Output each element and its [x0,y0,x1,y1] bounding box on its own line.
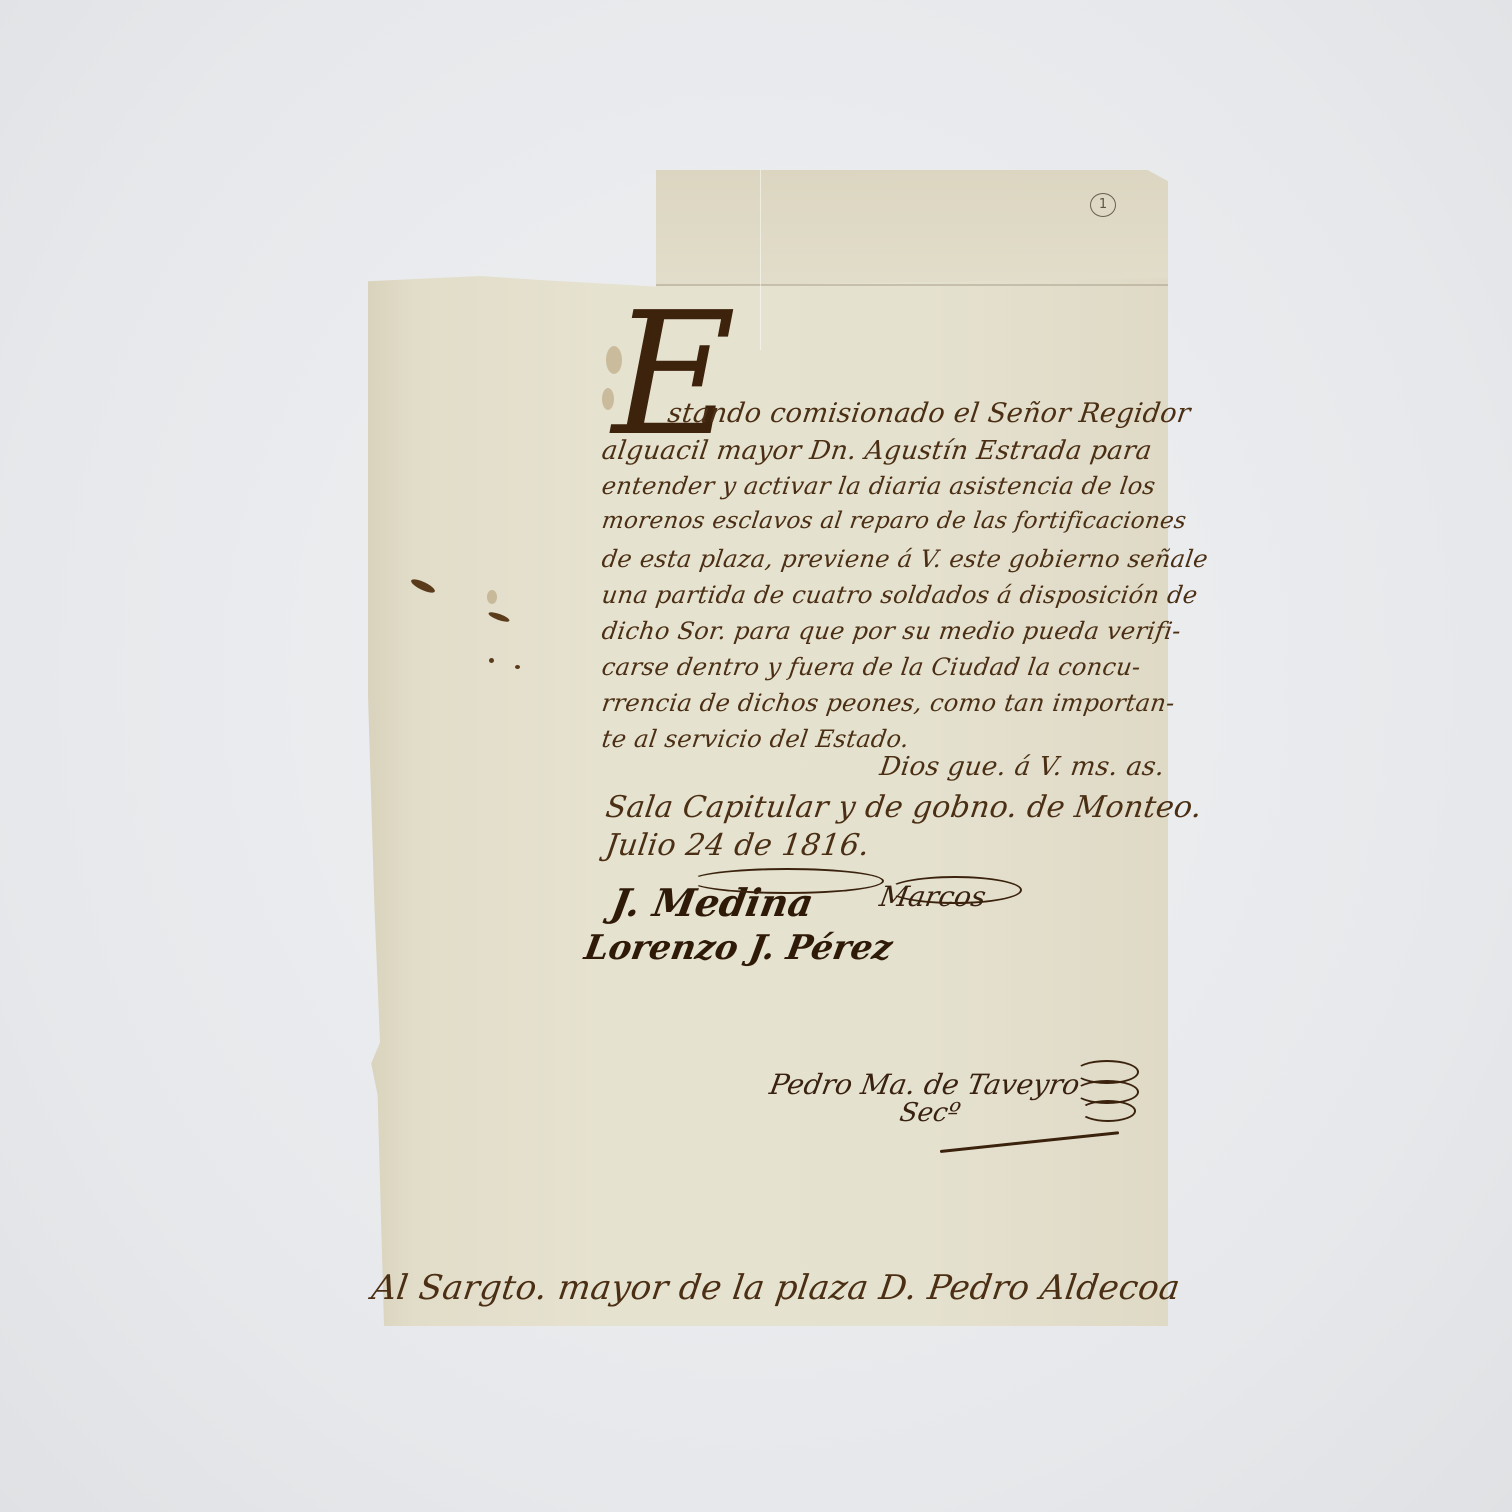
ink-blot [489,658,494,663]
signature-taveyro: Pedro Ma. de Taveyro [767,1068,1082,1101]
signature-flourish [690,868,884,894]
paper-crease [760,170,761,350]
signature-title: Secº [897,1098,962,1128]
rubric-spiral [1080,1100,1136,1122]
place-line: Sala Capitular y de gobno. de Monteo. [604,790,1205,825]
ink-blot [515,665,520,669]
signature-flourish [888,876,1022,904]
water-stain [487,590,497,604]
body-line: de esta plaza, previene á V. este gobier… [600,545,1210,573]
archive-number-mark: 1 [1090,193,1116,217]
body-line: alguacil mayor Dn. Agustín Estrada para [600,436,1154,466]
body-line: dicho Sor. para que por su medio pueda v… [600,617,1183,645]
body-line: entender y activar la diaria asistencia … [600,472,1157,500]
body-line: carse dentro y fuera de la Ciudad la con… [600,653,1143,681]
body-line: una partida de cuatro soldados á disposi… [600,581,1199,609]
closing-formula: Dios gue. á V. ms. as. [878,752,1167,782]
decorative-initial: E [612,290,736,460]
address-line: Al Sargto. mayor de la plaza D. Pedro Al… [369,1268,1182,1308]
body-line: rrencia de dichos peones, como tan impor… [600,689,1177,717]
body-line: morenos esclavos al reparo de las fortif… [600,508,1188,534]
body-line: te al servicio del Estado. [600,725,911,753]
signature-perez: Lorenzo J. Pérez [581,928,895,968]
body-line: stando comisionado el Señor Regidor [666,398,1193,429]
date-line: Julio 24 de 1816. [604,828,872,863]
